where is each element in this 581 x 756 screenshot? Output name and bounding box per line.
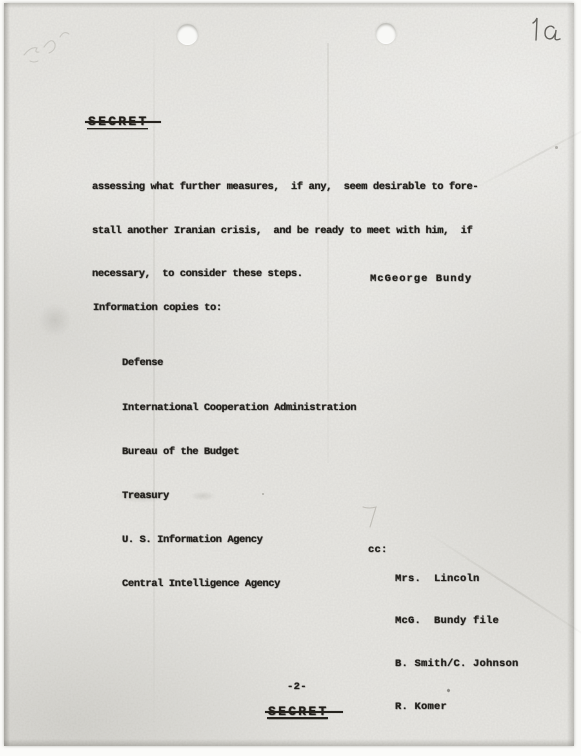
classification-stamp-top: SECRET <box>88 114 149 129</box>
info-copy-recipient: International Cooperation Administration <box>122 401 356 416</box>
info-copy-recipient: Bureau of the Budget <box>122 445 356 460</box>
memo-body-paragraph: assessing what further measures, if any,… <box>92 151 478 311</box>
info-copy-recipient: Defense <box>122 356 356 371</box>
hole-punch <box>376 23 396 44</box>
handwritten-page-number <box>522 11 566 49</box>
ink-speck <box>555 146 558 149</box>
info-copy-recipient: Central Intelligence Agency <box>122 577 356 592</box>
cc-name: Mrs. Lincoln <box>395 572 519 586</box>
info-copy-recipient: U. S. Information Agency <box>122 533 356 548</box>
signature-name: McGeorge Bundy <box>370 272 472 287</box>
info-copies-list: Defense International Cooperation Admini… <box>122 327 356 621</box>
pencil-scribble <box>16 21 106 69</box>
paper-smudge <box>38 303 72 337</box>
paragraph-line: assessing what further measures, if any,… <box>92 180 478 195</box>
paper-crease <box>472 118 581 190</box>
cc-name: McG. Bundy file <box>395 614 519 628</box>
cc-name: R. Komer <box>395 700 519 714</box>
pencil-mark <box>360 503 384 531</box>
info-copies-heading: Information copies to: <box>93 301 222 316</box>
cc-list: Mrs. Lincoln McG. Bundy file B. Smith/C.… <box>395 543 519 743</box>
hole-punch <box>177 24 198 45</box>
cc-name: B. Smith/C. Johnson <box>395 657 519 671</box>
paragraph-line: stall another Iranian crisis, and be rea… <box>92 224 478 239</box>
info-copy-recipient: Treasury <box>122 489 356 504</box>
classification-stamp-bottom: SECRET <box>268 704 329 719</box>
page-number: -2- <box>287 680 307 695</box>
cc-label: cc: <box>368 543 388 558</box>
scanned-memo-page: SECRET assessing what further measures, … <box>4 3 574 746</box>
